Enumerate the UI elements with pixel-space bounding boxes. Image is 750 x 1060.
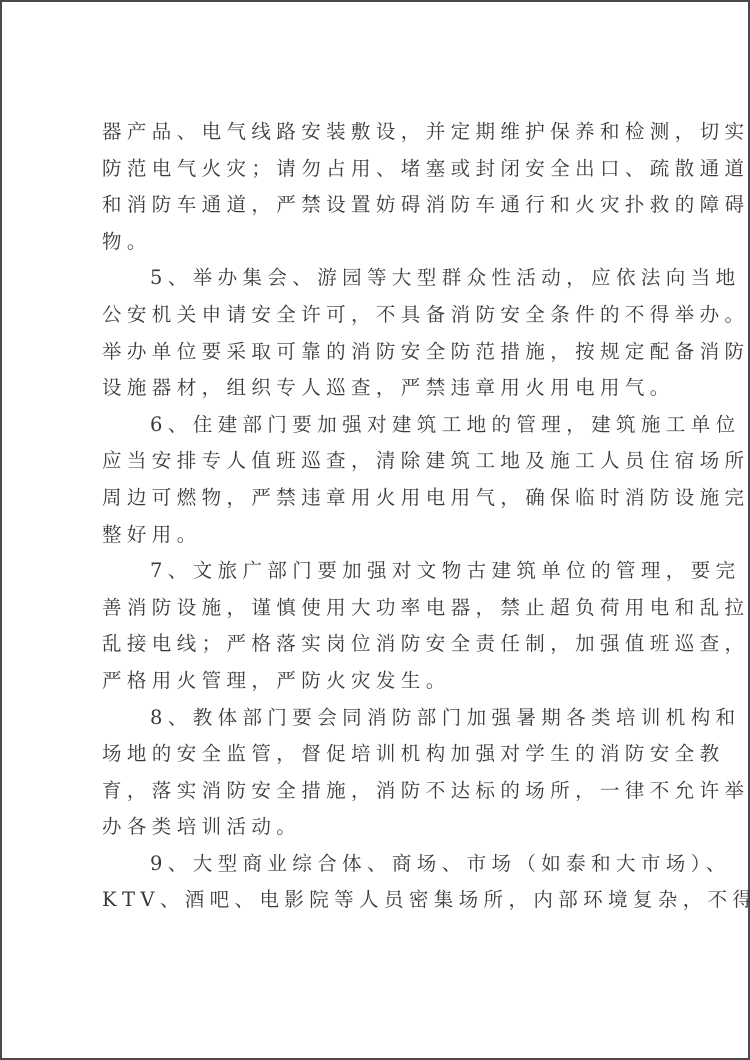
text-line: 乱接电线；严格落实岗位消防安全责任制，加强值班巡查， [102, 626, 662, 663]
paragraph-5-start: 5、举办集会、游园等大型群众性活动，应依法向当地 [102, 260, 662, 297]
text-line: 整好用。 [102, 517, 662, 554]
text-line: 设施器材，组织专人巡查，严禁违章用火用电用气。 [102, 370, 662, 407]
paragraph-7-start: 7、文旅广部门要加强对文物古建筑单位的管理，要完 [102, 553, 662, 590]
text-line: 办各类培训活动。 [102, 809, 662, 846]
text-line: 严格用火管理，严防火灾发生。 [102, 663, 662, 700]
text-line: 物。 [102, 224, 662, 261]
document-page: 器产品、电气线路安装敷设，并定期维护保养和检测，切实 防范电气火灾；请勿占用、堵… [0, 0, 750, 1060]
text-line: 应当安排专人值班巡查，清除建筑工地及施工人员住宿场所 [102, 443, 662, 480]
text-line: 器产品、电气线路安装敷设，并定期维护保养和检测，切实 [102, 114, 662, 151]
paragraph-6-start: 6、住建部门要加强对建筑工地的管理，建筑施工单位 [102, 407, 662, 444]
text-line: 周边可燃物，严禁违章用火用电用气，确保临时消防设施完 [102, 480, 662, 517]
text-line: 举办单位要采取可靠的消防安全防范措施，按规定配备消防 [102, 334, 662, 371]
text-line: 场地的安全监管，督促培训机构加强对学生的消防安全教 [102, 736, 662, 773]
text-line: 公安机关申请安全许可，不具备消防安全条件的不得举办。 [102, 297, 662, 334]
text-line: 善消防设施，谨慎使用大功率电器，禁止超负荷用电和乱拉 [102, 590, 662, 627]
text-line: KTV、酒吧、电影院等人员密集场所，内部环境复杂，不得 [102, 882, 662, 919]
document-body: 器产品、电气线路安装敷设，并定期维护保养和检测，切实 防范电气火灾；请勿占用、堵… [102, 114, 662, 919]
text-line: 防范电气火灾；请勿占用、堵塞或封闭安全出口、疏散通道 [102, 151, 662, 188]
text-line: 和消防车通道，严禁设置妨碍消防车通行和火灾扑救的障碍 [102, 187, 662, 224]
text-line: 育，落实消防安全措施，消防不达标的场所，一律不允许举 [102, 773, 662, 810]
paragraph-8-start: 8、教体部门要会同消防部门加强暑期各类培训机构和 [102, 700, 662, 737]
paragraph-9-start: 9、大型商业综合体、商场、市场（如泰和大市场）、 [102, 846, 662, 883]
